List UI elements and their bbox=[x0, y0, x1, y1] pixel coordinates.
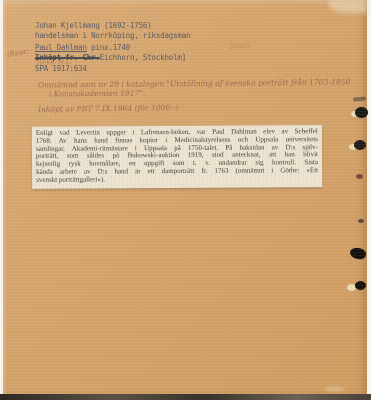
ink-dot-mark bbox=[358, 219, 364, 223]
ink-dot-mark bbox=[349, 247, 366, 260]
artist-inscription: pinx.1740 bbox=[87, 43, 130, 52]
pencil-dimensions-note: 20x65 bbox=[229, 41, 251, 50]
paper-wear-patch bbox=[329, 0, 367, 13]
scan-bottom-edge bbox=[0, 394, 371, 400]
paper-smudge bbox=[325, 386, 345, 392]
index-card: Johan Kjellmang (1692-1756) handelsman i… bbox=[3, 0, 367, 394]
label-text-line: svenskt porträttgalleri»). bbox=[36, 175, 318, 185]
catalog-annotation-line2: i Konstakademien 1917". bbox=[49, 88, 145, 98]
margin-repro-note: (Repr: bbox=[7, 47, 30, 58]
sitter-header: Johan Kjellmang (1692-1756) handelsman i… bbox=[35, 21, 190, 40]
provenance-text: Eichhorn, Stockholm] bbox=[100, 53, 186, 62]
catalog-annotation-line1: Omnämnd som nr 29 i katalogen "Utställni… bbox=[38, 77, 350, 89]
pasted-printed-label: Enligt vad Levertin uppger i Lafrensen-b… bbox=[32, 125, 322, 188]
artist-line: Paul Dahlman pinx.1740 bbox=[35, 43, 130, 53]
ink-dot-mark bbox=[355, 107, 368, 118]
sitter-title-line: handelsman i Norrköping, riksdagsman bbox=[35, 31, 190, 41]
ink-dash-mark bbox=[353, 96, 366, 101]
purchase-annotation: Inköpt av PBT 7.IX.1964 (för 1000:-) bbox=[38, 103, 179, 114]
archive-reference: SPA 1917:634 bbox=[35, 64, 87, 74]
ink-dot-mark bbox=[356, 174, 363, 179]
label-text-lines: Enligt vad Levertin uppger i Lafrensen-b… bbox=[36, 128, 318, 184]
scanned-catalog-card: Johan Kjellmang (1692-1756) handelsman i… bbox=[0, 0, 371, 400]
ink-dot-mark bbox=[355, 281, 366, 290]
ink-dot-mark bbox=[354, 140, 366, 150]
sitter-name-line: Johan Kjellmang (1692-1756) bbox=[35, 21, 190, 31]
artist-name: Paul Dahlman bbox=[35, 43, 87, 52]
